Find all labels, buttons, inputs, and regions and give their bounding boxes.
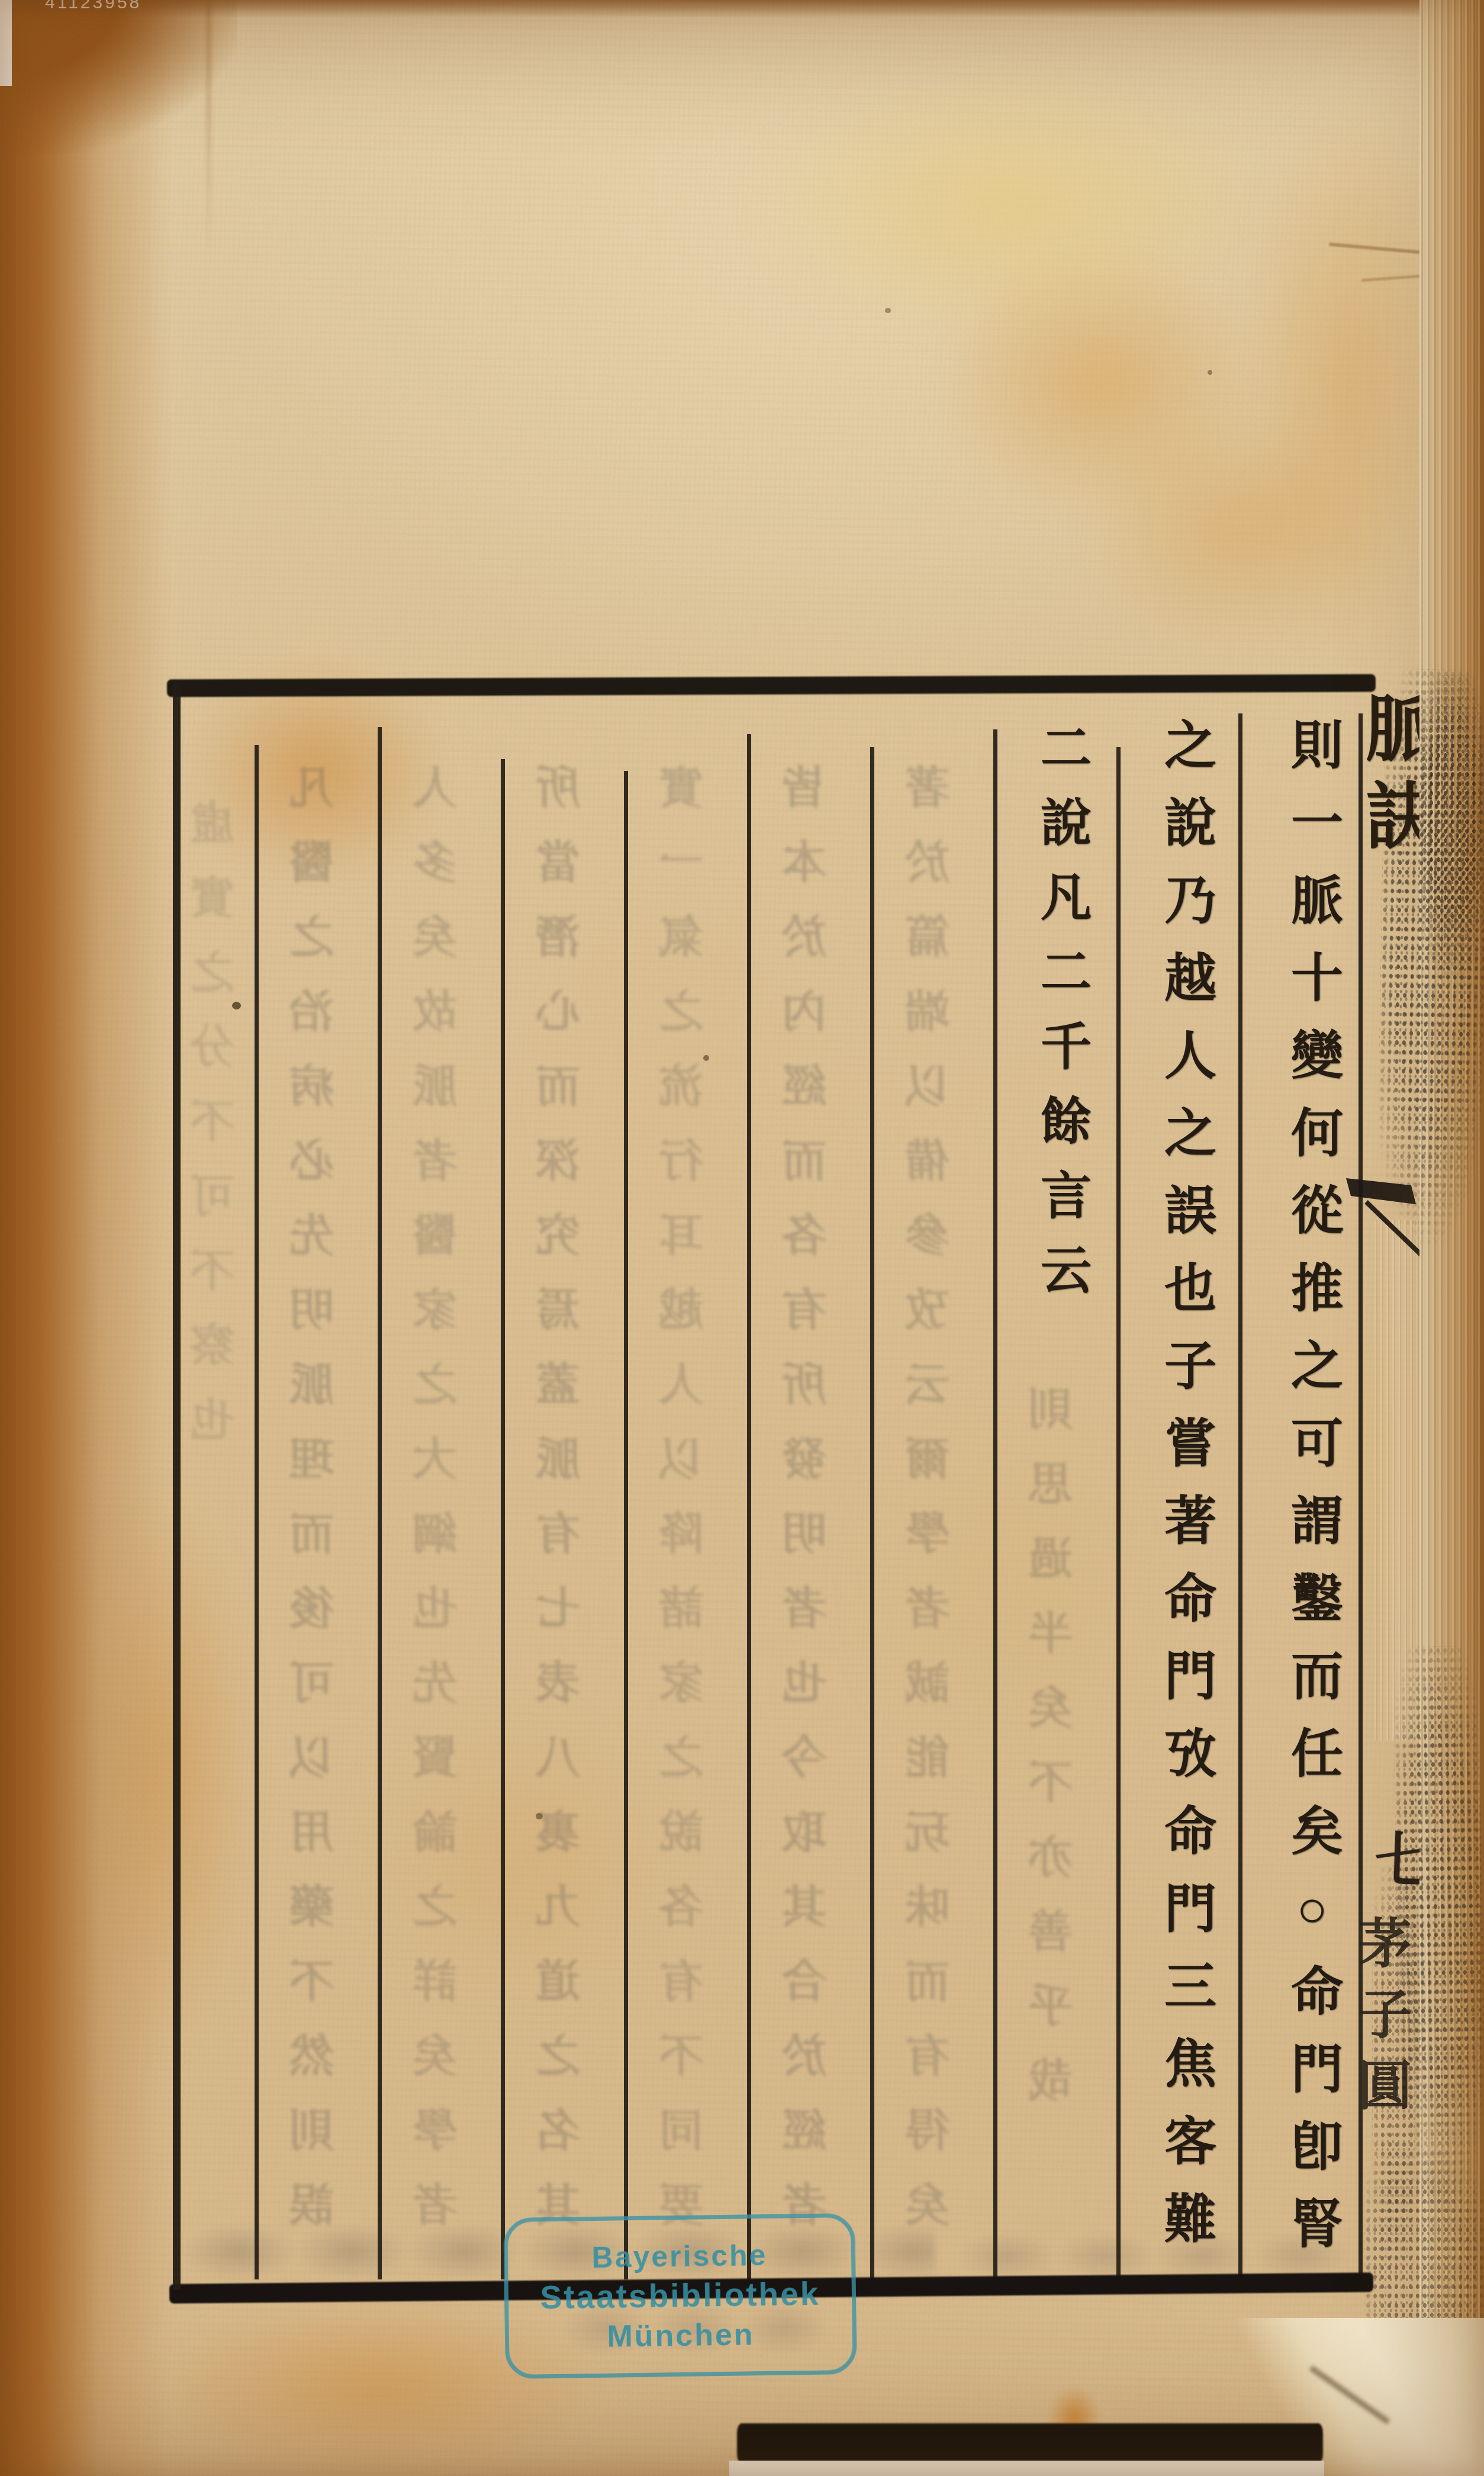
bleedthrough-column: 著於篇端以備參攷云爾學者誠能玩味而有得矣 [909,764,954,2256]
fishtail-mark [1341,1168,1436,1268]
bleedthrough-column: 虛實之分不可不察也 [194,799,239,1471]
scan-shadow-band [737,2423,1323,2464]
book-title: 脈訣 [1358,690,1430,866]
text-column-2: 之說乃越人之誤也子嘗著命門攷命門三焦客難 [1159,718,1211,2269]
bleedthrough-column: 實一氣之流行耳越人以降諸家之說各有不同要 [663,764,708,2256]
bleedthrough-column: 人多矣故脈者醫家之大綱也先賢論之詳矣學者 [417,764,462,2256]
column-rule [255,745,259,2279]
column-rule [993,729,997,2279]
stamp-line-3: München [607,2319,755,2352]
stamp-line-1: Bayerische [591,2240,768,2272]
library-stamp: Bayerische Staatsbibliothek München [503,2213,857,2379]
column-rule [870,747,874,2279]
column-rule [747,734,751,2279]
colophon-fragment: 茅子圓 [1353,1915,1406,2128]
column-rule [1116,747,1121,2279]
text-column-1: 則一脈十變何從推之可謂鑿而任矣○命門卽腎 [1286,718,1338,2274]
paper-crease [206,0,211,255]
scanned-book-page: 41123958 虛實之分不可不察也 凡醫之治病必先明脈理而後可以用藥不然則誤 … [0,0,1484,2476]
ink-spot [1208,370,1212,375]
ink-spot [885,308,891,313]
column-rule [501,759,505,2279]
bleedthrough-column: 所當潛心而深究焉蓋脈有七表八裏九道之名其 [540,764,585,2256]
text-column-3: 二說凡二千餘言云 [1036,721,1087,1318]
bleedthrough-column: 皆本於內經而各有所發明者也今取其合於經者 [786,764,831,2256]
column-rule [1238,713,1242,2279]
frame-left-rule [173,682,181,2290]
folio-page-number: 七 [1373,1812,1435,1899]
scan-number: 41123958 [45,0,141,13]
scan-background-strip [729,2461,1324,2476]
bleedthrough-column: 凡醫之治病必先明脈理而後可以用藥不然則誤 [294,764,339,2256]
stamp-line-2: Staatsbibliothek [540,2277,820,2314]
scan-edge-sliver [0,0,12,86]
column-rule [624,771,628,2279]
column-rule [378,727,382,2279]
bleedthrough-column: 則思過半矣不亦善乎哉 [1032,1385,1077,2131]
